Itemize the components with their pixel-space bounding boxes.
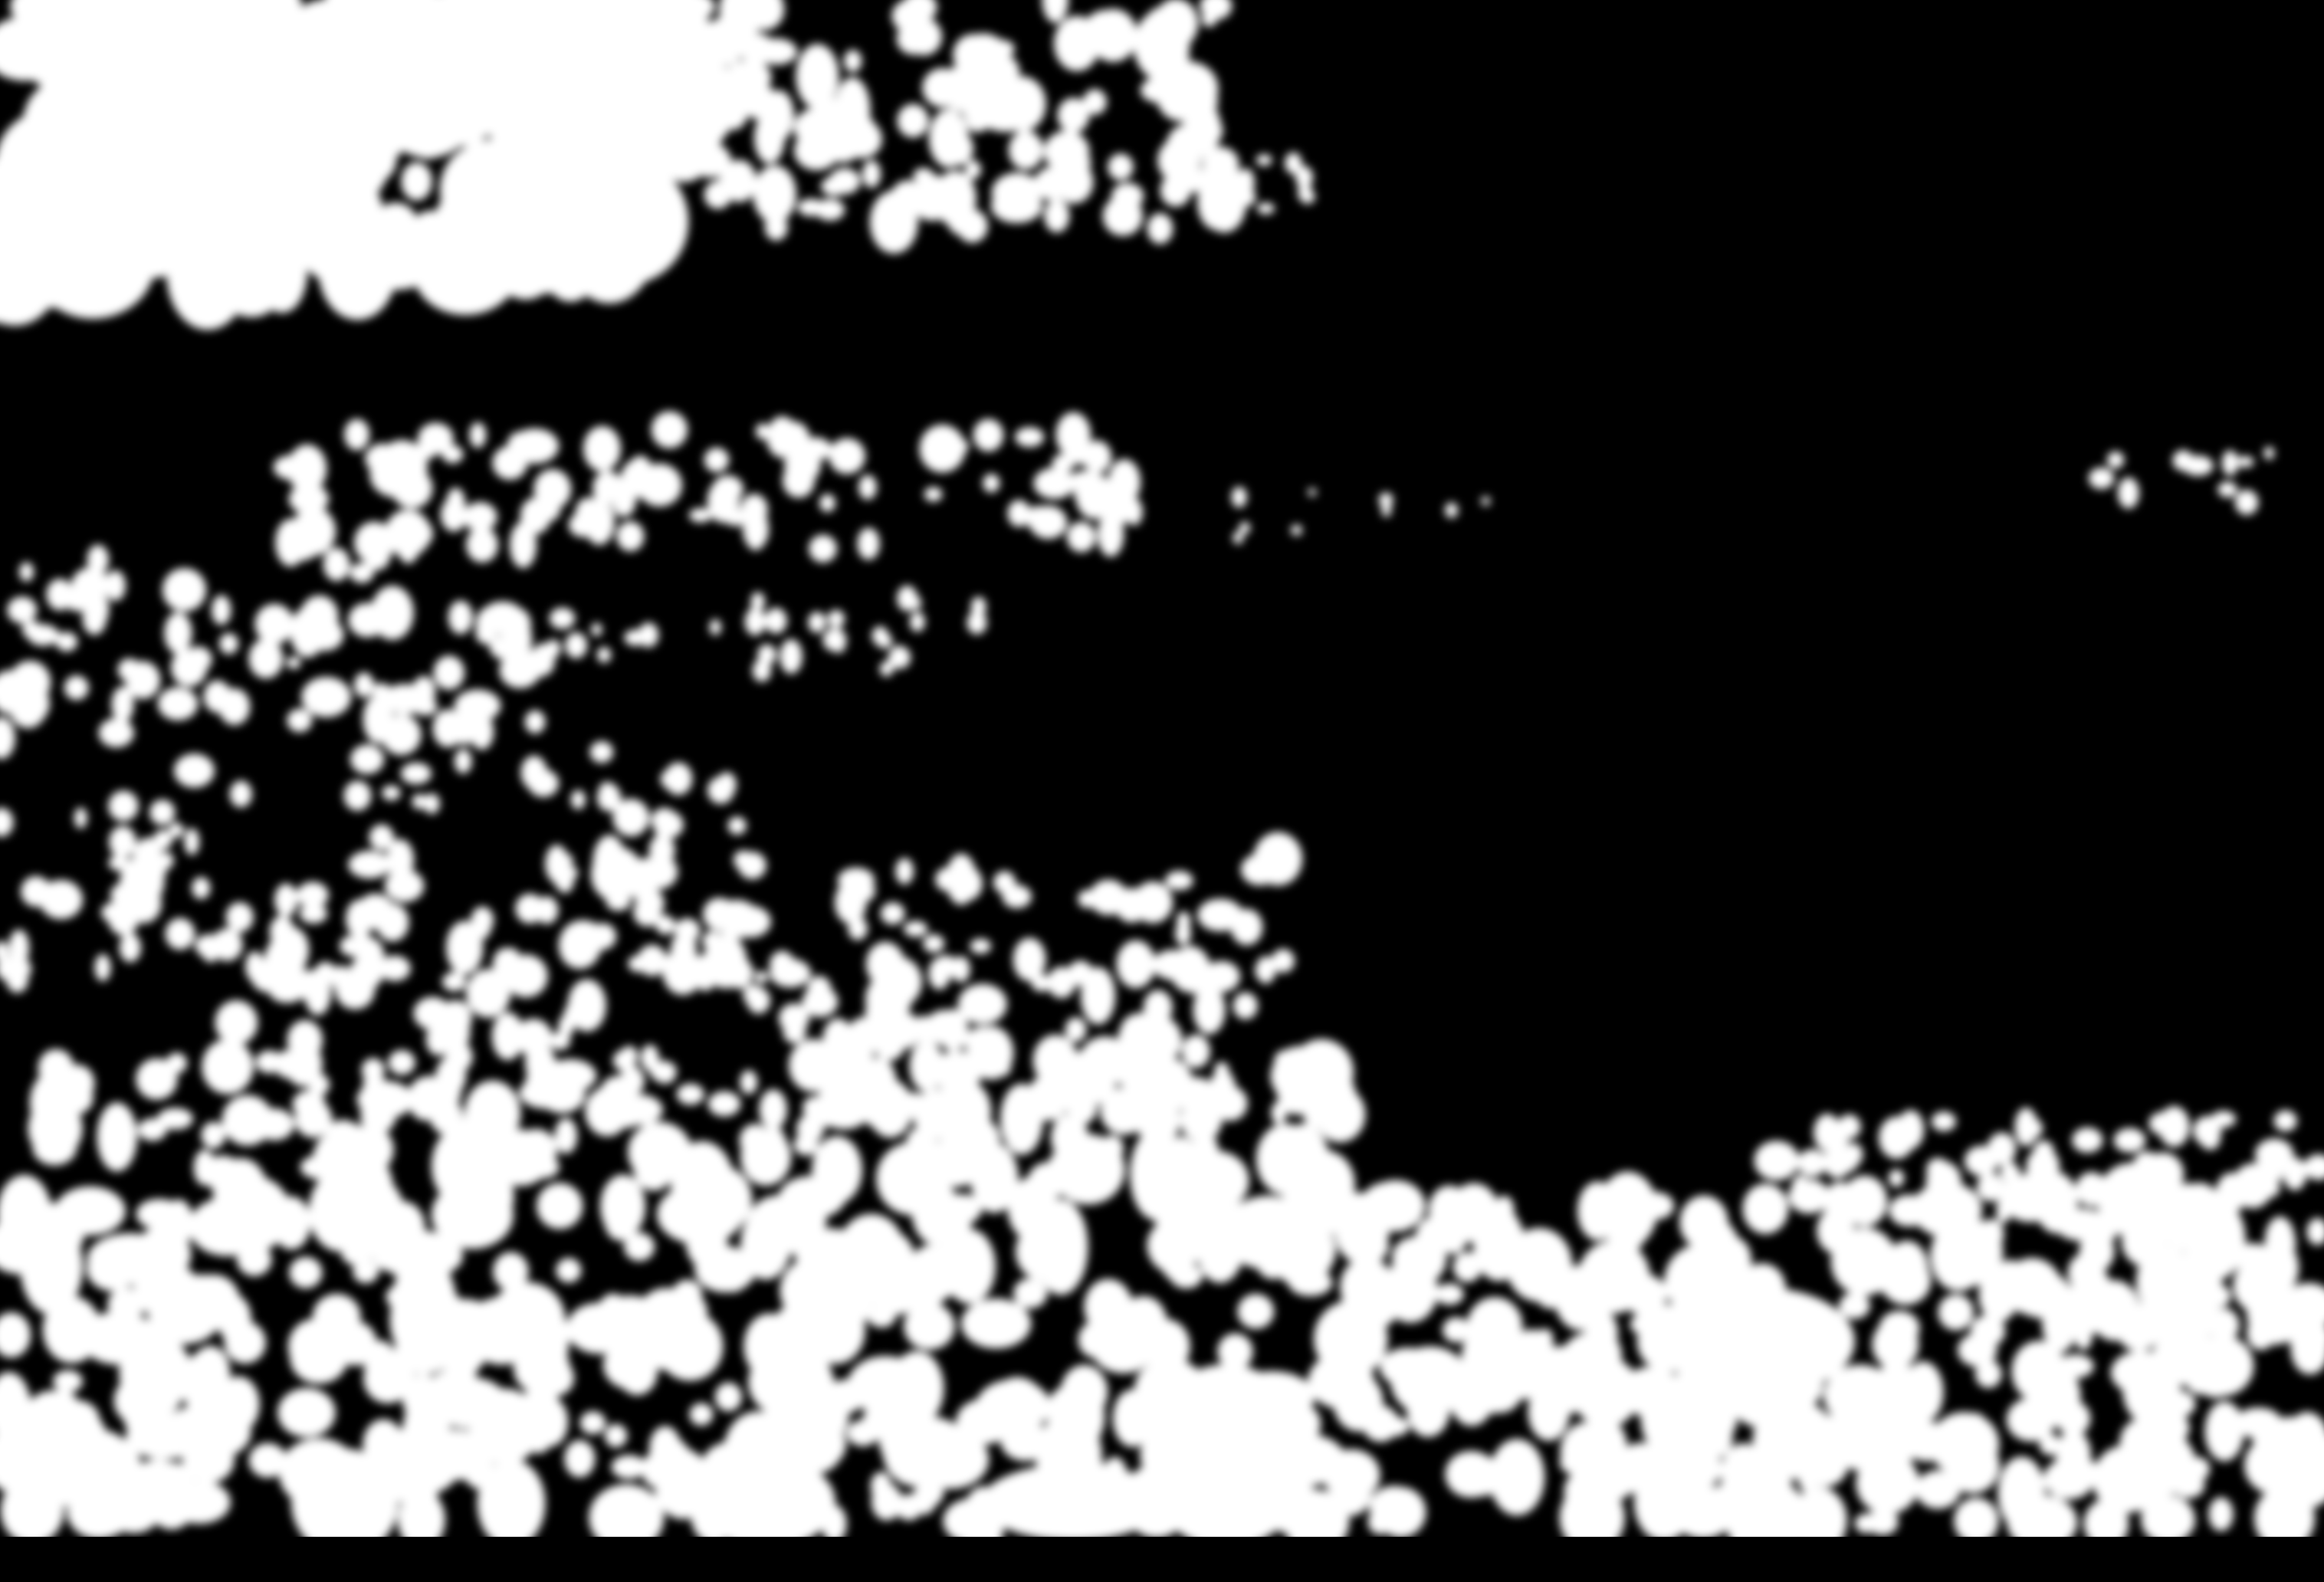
leaf-blob <box>1624 1274 1667 1316</box>
leaf-blob <box>946 853 977 904</box>
leaf-blob <box>895 858 914 885</box>
leaf-blob <box>796 1114 824 1144</box>
leaf-blob <box>2154 1412 2190 1444</box>
bottom-black-strip <box>0 1537 2324 1582</box>
leaf-blob <box>2253 1420 2288 1456</box>
leaf-blob <box>1837 1147 1859 1172</box>
leaf-blob <box>591 623 602 637</box>
leaf-blob <box>108 791 138 822</box>
leaf-blob <box>1255 962 1271 980</box>
leaf-blob <box>989 1060 1011 1077</box>
leaf-blob <box>174 753 215 787</box>
leaf-blob <box>537 1183 583 1229</box>
leaf-blob <box>616 521 644 551</box>
leaf-blob <box>382 684 428 714</box>
leaf-blob <box>1285 153 1302 174</box>
leaf-blob <box>993 871 1016 894</box>
leaf-blob <box>881 902 905 924</box>
leaf-blob <box>1054 160 1093 204</box>
leaf-blob <box>1791 1175 1810 1205</box>
leaf-blob <box>624 630 645 646</box>
leaf-blob <box>1302 1091 1334 1130</box>
leaf-blob <box>675 918 701 943</box>
leaf-blob <box>394 1367 415 1390</box>
leaf-blob <box>812 1136 862 1203</box>
leaf-blob <box>1880 1256 1931 1305</box>
leaf-blob <box>363 539 391 570</box>
leaf-blob <box>828 610 845 629</box>
leaf-blob <box>1481 497 1490 506</box>
leaf-blob <box>284 1042 323 1086</box>
leaf-blob <box>794 130 839 170</box>
leaf-blob <box>967 611 987 634</box>
leaf-blob <box>2178 1183 2222 1239</box>
leaf-blob <box>2016 1190 2032 1208</box>
leaf-blob <box>157 1108 193 1129</box>
leaf-blob <box>434 655 465 690</box>
leaf-blob <box>354 672 374 697</box>
leaf-blob <box>1331 1465 1372 1516</box>
leaf-blob <box>254 604 294 645</box>
leaf-blob <box>1000 1084 1043 1155</box>
leaf-blob <box>226 902 254 932</box>
leaf-blob <box>437 1241 463 1271</box>
leaf-blob <box>105 570 126 601</box>
leaf-blob <box>933 955 958 979</box>
leaf-blob <box>87 1246 138 1292</box>
leaf-blob <box>1067 521 1096 552</box>
leaf-blob <box>840 1041 871 1077</box>
leaf-blob <box>1797 1149 1827 1177</box>
leaf-blob <box>855 1082 885 1108</box>
leaf-blob <box>689 508 712 523</box>
leaf-blob <box>2089 468 2114 489</box>
leaf-blob <box>606 894 631 911</box>
leaf-blob <box>412 1075 447 1118</box>
leaf-blob <box>599 782 615 794</box>
leaf-blob <box>28 625 59 646</box>
leaf-blob <box>757 645 776 665</box>
leaf-blob <box>256 1051 283 1074</box>
leaf-blob <box>290 1331 348 1383</box>
leaf-blob <box>590 741 613 763</box>
leaf-blob <box>556 1258 581 1282</box>
leaf-blob <box>1130 1128 1183 1220</box>
leaf-blob <box>1365 1236 1389 1256</box>
leaf-blob <box>821 177 849 196</box>
leaf-blob <box>1709 1250 1741 1278</box>
leaf-blob <box>2237 456 2253 468</box>
leaf-blob <box>130 1459 185 1505</box>
leaf-blob <box>921 438 934 461</box>
leaf-blob <box>2141 1495 2195 1544</box>
leaf-blob <box>571 790 586 809</box>
leaf-blob <box>605 1424 627 1448</box>
leaf-blob <box>1165 871 1193 890</box>
leaf-blob <box>289 1257 322 1288</box>
leaf-blob <box>567 92 690 184</box>
leaf-blob <box>904 921 927 937</box>
leaf-blob <box>158 687 199 720</box>
leaf-blob <box>2182 455 2213 476</box>
leaf-blob <box>355 223 440 290</box>
leaf-blob <box>2235 490 2258 515</box>
leaf-blob <box>2107 451 2124 468</box>
leaf-blob <box>344 780 372 810</box>
leaf-blob <box>1091 1319 1156 1374</box>
leaf-blob <box>478 1459 546 1548</box>
leaf-blob <box>272 1196 310 1250</box>
leaf-blob <box>363 1069 386 1101</box>
leaf-blob <box>652 411 688 448</box>
leaf-blob <box>770 959 811 987</box>
leaf-blob <box>885 1154 919 1204</box>
leaf-blob <box>914 1429 989 1488</box>
leaf-blob <box>300 1156 336 1180</box>
leaf-blob <box>1256 154 1272 166</box>
leaf-blob <box>2000 1163 2020 1183</box>
leaf-blob <box>74 808 87 829</box>
leaf-blob <box>677 1084 704 1105</box>
leaf-blob <box>1081 967 1115 1024</box>
leaf-blob <box>344 1177 405 1255</box>
leaf-blob <box>376 440 428 494</box>
leaf-blob <box>591 847 643 902</box>
leaf-blob <box>275 519 306 566</box>
leaf-blob <box>1975 1360 2002 1388</box>
leaf-blob <box>222 1095 273 1146</box>
leaf-blob <box>594 1294 632 1354</box>
leaf-blob <box>2209 1497 2234 1531</box>
leaf-blob <box>642 1453 664 1486</box>
leaf-blob <box>970 938 991 953</box>
leaf-blob <box>1445 503 1458 518</box>
leaf-blob <box>1291 525 1302 536</box>
leaf-blob <box>624 1232 655 1261</box>
leaf-blob <box>742 82 776 119</box>
leaf-blob <box>934 170 977 226</box>
leaf-blob <box>1195 1205 1245 1283</box>
leaf-blob <box>510 1314 540 1353</box>
leaf-blob <box>1177 911 1190 931</box>
leaf-blob <box>847 1420 879 1446</box>
leaf-blob <box>728 817 747 835</box>
leaf-blob <box>755 971 768 983</box>
leaf-blob <box>718 166 749 199</box>
leaf-blob <box>717 773 736 797</box>
leaf-blob <box>2118 478 2139 509</box>
leaf-blob <box>612 1455 647 1479</box>
leaf-blob <box>401 763 432 784</box>
leaf-blob <box>382 785 400 800</box>
leaf-blob <box>829 438 865 474</box>
leaf-blob <box>1160 174 1191 207</box>
leaf-blob <box>1019 182 1041 212</box>
leaf-blob <box>413 997 451 1030</box>
leaf-blob <box>1226 188 1256 208</box>
leaf-blob <box>2247 1161 2283 1187</box>
leaf-blob <box>215 1000 258 1045</box>
leaf-blob <box>1366 1180 1426 1232</box>
leaf-blob <box>1630 1315 1653 1334</box>
leaf-blob <box>385 869 425 902</box>
leaf-blob <box>1108 153 1133 180</box>
leaf-blob <box>184 829 199 855</box>
leaf-blob <box>2208 1285 2230 1308</box>
leaf-blob <box>185 647 212 672</box>
leaf-blob <box>2072 1127 2102 1153</box>
leaf-blob <box>754 112 785 164</box>
leaf-blob <box>356 894 394 930</box>
leaf-blob <box>1233 993 1258 1019</box>
leaf-blob <box>2111 1351 2173 1395</box>
leaf-blob <box>229 0 310 71</box>
leaf-blob <box>1016 1222 1075 1282</box>
leaf-blob <box>1634 1464 1695 1541</box>
leaf-blob <box>612 799 649 836</box>
leaf-blob <box>2056 1459 2102 1489</box>
leaf-blob <box>710 619 721 635</box>
leaf-blob <box>1971 1315 2006 1347</box>
leaf-blob <box>765 608 787 634</box>
leaf-blob <box>740 1124 771 1157</box>
leaf-blob <box>546 639 560 658</box>
leaf-blob <box>1013 1278 1047 1309</box>
leaf-blob <box>895 1494 922 1520</box>
leaf-blob <box>655 1068 675 1084</box>
leaf-blob <box>136 1199 183 1229</box>
leaf-blob <box>1015 427 1044 447</box>
leaf-blob <box>1134 10 1190 80</box>
leaf-blob <box>1996 1197 2011 1223</box>
leaf-blob <box>1144 990 1173 1025</box>
leaf-blob <box>708 1091 741 1117</box>
leaf-blob <box>798 199 825 216</box>
leaf-blob <box>819 494 835 512</box>
leaf-blob <box>350 744 384 774</box>
leaf-blob <box>2033 1366 2081 1426</box>
leaf-blob <box>862 160 881 188</box>
leaf-blob <box>149 799 175 825</box>
leaf-blob <box>675 975 695 993</box>
leaf-blob <box>249 638 284 678</box>
leaf-blob <box>1390 1347 1469 1416</box>
leaf-blob <box>779 1003 809 1033</box>
leaf-blob <box>424 793 440 814</box>
leaf-blob <box>1376 1487 1426 1538</box>
leaf-blob <box>1202 12 1217 27</box>
leaf-blob <box>274 455 304 479</box>
leaf-blob <box>99 718 134 747</box>
leaf-blob <box>201 1121 225 1148</box>
leaf-blob <box>698 1456 835 1548</box>
leaf-blob <box>872 626 888 645</box>
leaf-blob <box>1879 1311 1919 1345</box>
leaf-blob <box>396 1443 458 1494</box>
leaf-blob <box>1932 1111 1956 1131</box>
leaf-blob <box>740 1070 757 1094</box>
leaf-blob <box>1257 202 1275 214</box>
leaf-blob <box>809 535 837 563</box>
leaf-blob <box>287 708 312 732</box>
leaf-blob <box>1100 1087 1147 1135</box>
leaf-blob <box>780 639 802 674</box>
leaf-blob <box>1111 182 1144 209</box>
leaf-blob <box>794 1229 865 1277</box>
leaf-blob <box>1058 98 1090 133</box>
leaf-blob <box>326 1120 361 1151</box>
leaf-blob <box>1237 1294 1274 1329</box>
leaf-blob <box>704 448 729 472</box>
leaf-blob <box>970 1143 1019 1213</box>
leaf-blob <box>560 921 605 960</box>
leaf-blob <box>1065 1017 1087 1042</box>
leaf-blob <box>1476 1342 1527 1413</box>
leaf-blob <box>1084 10 1128 48</box>
leaf-blob <box>470 714 494 750</box>
leaf-blob <box>19 563 34 582</box>
leaf-blob <box>1897 1110 1924 1149</box>
leaf-blob <box>1279 1046 1318 1083</box>
leaf-blob <box>696 66 743 114</box>
leaf-blob <box>568 980 606 1032</box>
leaf-blob <box>61 1433 142 1497</box>
leaf-blob <box>61 1065 95 1102</box>
leaf-blob <box>1561 1332 1619 1387</box>
leaf-blob <box>479 1172 514 1221</box>
leaf-blob <box>2094 1502 2123 1542</box>
leaf-blob <box>118 658 141 681</box>
leaf-blob <box>1994 1133 2012 1148</box>
leaf-blob <box>1267 1150 1301 1186</box>
leaf-blob <box>277 1388 336 1437</box>
leaf-blob <box>1468 1455 1497 1490</box>
leaf-blob <box>510 428 559 464</box>
leaf-blob <box>913 168 934 183</box>
leaf-blob <box>838 868 875 893</box>
leaf-blob <box>1743 1183 1789 1234</box>
leaf-blob <box>870 191 918 254</box>
leaf-blob <box>550 608 575 629</box>
leaf-blob <box>466 969 511 1018</box>
leaf-blob <box>169 822 184 838</box>
leaf-blob <box>633 1147 674 1191</box>
leaf-blob <box>715 1383 742 1412</box>
leaf-blob <box>1926 1161 1962 1202</box>
leaf-blob <box>1098 511 1124 556</box>
leaf-blob <box>442 972 466 991</box>
leaf-blob <box>2099 1175 2120 1203</box>
leaf-blob <box>910 612 925 632</box>
leaf-blob <box>922 68 963 107</box>
leaf-blob <box>1300 190 1315 204</box>
leaf-blob <box>441 498 467 532</box>
leaf-blob <box>21 876 51 907</box>
leaf-blob <box>613 1050 637 1072</box>
leaf-blob <box>2247 1316 2275 1351</box>
leaf-blob <box>515 894 544 924</box>
leaf-blob <box>1977 1173 2004 1202</box>
leaf-blob <box>164 612 192 654</box>
leaf-blob <box>657 1184 743 1245</box>
leaf-blob <box>412 793 426 809</box>
leaf-blob <box>1116 940 1155 989</box>
leaf-blob <box>1009 130 1043 169</box>
leaf-blob <box>225 1321 266 1364</box>
leaf-blob <box>469 1309 513 1360</box>
leaf-blob <box>865 973 912 1024</box>
leaf-blob <box>473 921 491 939</box>
leaf-blob <box>2216 1173 2247 1213</box>
leaf-blob <box>1938 1294 1974 1330</box>
leaf-blob <box>2201 1349 2221 1378</box>
leaf-blob <box>7 596 37 623</box>
leaf-blob <box>707 480 740 524</box>
leaf-blob <box>301 677 351 717</box>
leaf-blob <box>555 1118 578 1154</box>
leaf-blob <box>1260 845 1299 884</box>
leaf-blob <box>1133 881 1173 924</box>
leaf-blob <box>1889 1169 1904 1187</box>
leaf-blob <box>1814 1114 1841 1151</box>
leaf-blob <box>166 1052 187 1073</box>
leaf-blob <box>401 162 432 201</box>
leaf-blob <box>1443 1318 1470 1343</box>
leaf-blob <box>2040 1433 2061 1455</box>
leaf-blob <box>834 77 870 144</box>
leaf-blob <box>515 1019 553 1055</box>
leaf-blob <box>2055 1208 2108 1241</box>
leaf-blob <box>455 749 472 773</box>
leaf-blob <box>1033 468 1075 499</box>
leaf-blob <box>1193 985 1226 1034</box>
leaf-blob <box>192 877 210 899</box>
leaf-blob <box>162 568 206 612</box>
leaf-blob <box>525 711 546 734</box>
leaf-blob <box>15 684 50 723</box>
leaf-blob <box>1314 1301 1388 1377</box>
leaf-blob <box>1383 1258 1438 1323</box>
leaf-blob <box>989 1377 1046 1439</box>
leaf-blob <box>633 898 661 927</box>
leaf-blob <box>166 918 195 950</box>
leaf-blob <box>807 976 831 1002</box>
leaf-blob <box>858 528 880 560</box>
leaf-blob <box>906 18 942 55</box>
leaf-blob <box>897 586 917 611</box>
leaf-blob <box>981 1464 1165 1541</box>
leaf-blob <box>2271 1229 2296 1259</box>
leaf-blob <box>1453 1252 1482 1282</box>
leaf-blob <box>402 1284 463 1338</box>
leaf-blob <box>2222 450 2238 475</box>
leaf-blob <box>1239 522 1250 534</box>
leaf-blob <box>348 602 386 637</box>
leaf-blob <box>463 502 497 531</box>
leaf-blob <box>973 418 1004 451</box>
leaf-blob <box>2274 1111 2297 1132</box>
leaf-blob <box>300 596 339 638</box>
leaf-blob <box>898 104 929 138</box>
leaf-blob <box>1554 1265 1607 1331</box>
leaf-blob <box>1147 1219 1202 1272</box>
leaf-blob <box>2218 481 2237 497</box>
leaf-blob <box>720 1262 747 1292</box>
leaf-blob <box>322 0 598 92</box>
leaf-blob <box>888 646 911 669</box>
leaf-blob <box>133 838 163 881</box>
leaf-blob <box>629 955 648 972</box>
